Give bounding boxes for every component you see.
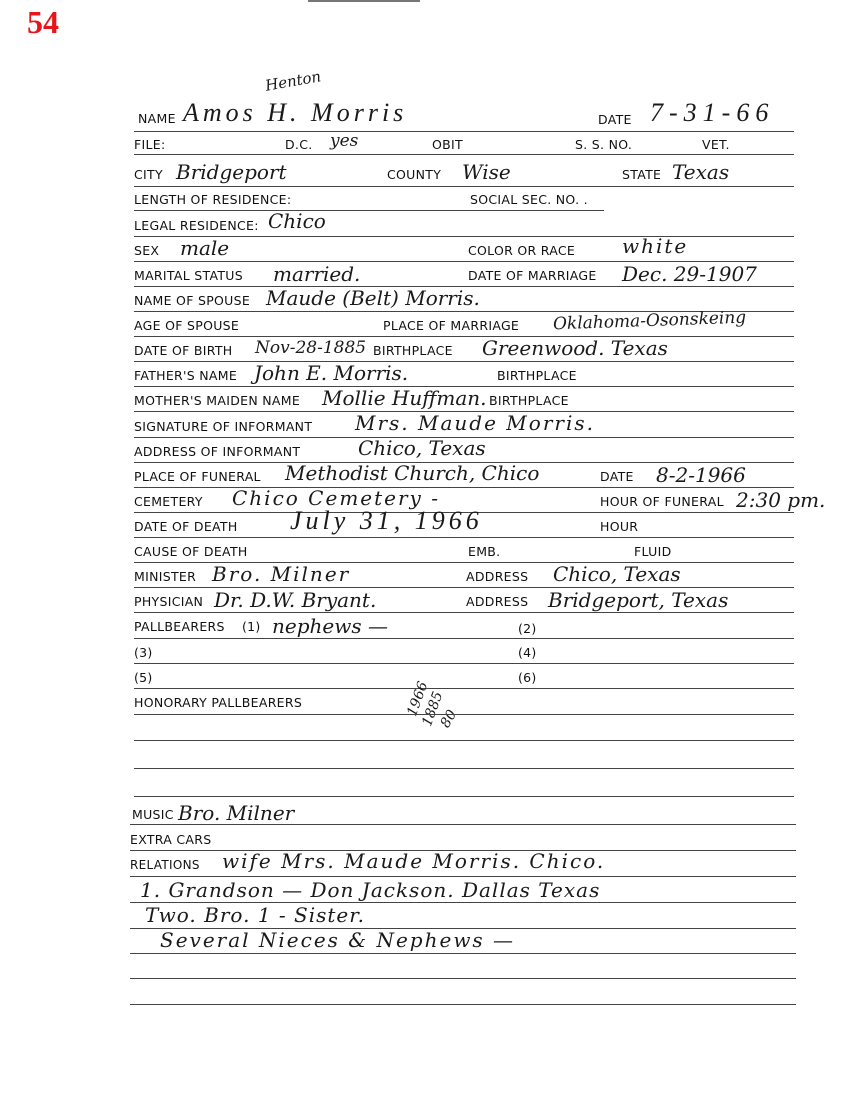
name-of-spouse-label: NAME OF SPOUSE [134, 294, 250, 308]
pallbearer-slot-3: (3) [134, 646, 153, 660]
date-value: 7-31-66 [650, 100, 774, 126]
rule [134, 210, 604, 211]
name-annotation: Henton [264, 69, 322, 94]
relations-line-4: Several Nieces & Nephews — [160, 930, 515, 950]
date-of-marriage-label: DATE OF MARRIAGE [468, 269, 597, 283]
legal-residence-label: LEGAL RESIDENCE: [134, 219, 259, 233]
file-label: FILE: [134, 138, 165, 152]
sex-value: male [180, 238, 229, 258]
address-of-informant-label: ADDRESS OF INFORMANT [134, 445, 300, 459]
place-of-marriage-label: PLACE OF MARRIAGE [383, 319, 519, 333]
ss-no-label: S. S. NO. [575, 138, 632, 152]
pallbearer-slot-5: (5) [134, 671, 153, 685]
cause-of-death-label: CAUSE OF DEATH [134, 545, 248, 559]
honorary-pallbearers-label: HONORARY PALLBEARERS [134, 696, 302, 710]
funeral-date-value: 8-2-1966 [656, 465, 746, 485]
social-sec-no-label: SOCIAL SEC. NO. . [470, 193, 588, 207]
relations-line-1: wife Mrs. Maude Morris. Chico. [222, 851, 605, 871]
county-value: Wise [462, 162, 511, 182]
signature-of-informant-label: SIGNATURE OF INFORMANT [134, 420, 312, 434]
signature-of-informant-value: Mrs. Maude Morris. [355, 413, 595, 433]
top-rule [308, 0, 420, 2]
minister-address-value: Chico, Texas [553, 564, 681, 584]
fluid-label: FLUID [634, 545, 672, 559]
relations-line-2: 1. Grandson — Don Jackson. Dallas Texas [140, 880, 600, 900]
obit-label: OBIT [432, 138, 463, 152]
address-of-informant-value: Chico, Texas [358, 438, 486, 458]
place-of-funeral-value: Methodist Church, Chico [285, 463, 539, 483]
physician-value: Dr. D.W. Bryant. [214, 590, 376, 610]
date-of-birth-value: Nov-28-1885 [255, 340, 366, 357]
name-of-spouse-value: Maude (Belt) Morris. [266, 288, 480, 308]
physician-label: PHYSICIAN [134, 595, 203, 609]
fathers-name-label: FATHER'S NAME [134, 369, 237, 383]
music-value: Bro. Milner [178, 803, 294, 823]
name-value: Amos H. Morris [183, 100, 407, 126]
city-value: Bridgeport [176, 162, 287, 182]
rule [134, 537, 794, 538]
rule [134, 714, 794, 715]
page-number: 54 [27, 4, 59, 41]
physician-address-label: ADDRESS [466, 595, 528, 609]
fathers-birthplace-label: BIRTHPLACE [497, 369, 577, 383]
marital-status-label: MARITAL STATUS [134, 269, 243, 283]
state-value: Texas [672, 162, 729, 182]
birthplace-label: BIRTHPLACE [373, 344, 453, 358]
length-of-residence-label: LENGTH OF RESIDENCE: [134, 193, 291, 207]
hour-of-funeral-value: 2:30 pm. [736, 490, 825, 510]
pallbearer-slot-2: (2) [518, 622, 537, 636]
city-label: CITY [134, 168, 163, 182]
minister-address-label: ADDRESS [466, 570, 528, 584]
rule [134, 236, 794, 237]
rule [134, 131, 794, 132]
honorary-calc-3: 80 [438, 708, 459, 730]
color-or-race-value: white [622, 236, 688, 256]
pallbearer-slot-1: (1) [242, 620, 261, 634]
rule [134, 638, 794, 639]
state-label: STATE [622, 168, 661, 182]
mothers-birthplace-label: BIRTHPLACE [489, 394, 569, 408]
legal-residence-value: Chico [268, 211, 326, 231]
fathers-name-value: John E. Morris. [254, 363, 408, 383]
name-label: NAME [138, 112, 176, 126]
relations-label: RELATIONS [130, 858, 200, 872]
date-label: DATE [598, 113, 632, 127]
rule [134, 154, 794, 155]
rule [134, 663, 794, 664]
music-label: MUSIC [132, 808, 174, 822]
place-of-funeral-label: PLACE OF FUNERAL [134, 470, 261, 484]
minister-value: Bro. Milner [212, 564, 350, 584]
mothers-maiden-name-value: Mollie Huffman. [322, 388, 487, 408]
date-of-death-label: DATE OF DEATH [134, 520, 238, 534]
hour-of-funeral-label: HOUR OF FUNERAL [600, 495, 724, 509]
mothers-maiden-name-label: MOTHER'S MAIDEN NAME [134, 394, 300, 408]
place-of-marriage-value: Oklahoma-Osonskeing [553, 310, 747, 334]
marital-status-value: married. [273, 264, 360, 284]
pallbearer-slot-6: (6) [518, 671, 537, 685]
minister-label: MINISTER [134, 570, 196, 584]
rule [130, 1004, 796, 1005]
rule [134, 336, 794, 337]
physician-address-value: Bridgeport, Texas [548, 590, 728, 610]
rule [134, 186, 794, 187]
dc-label: D.C. [285, 138, 313, 152]
birthplace-value: Greenwood. Texas [482, 338, 668, 358]
rule [134, 740, 794, 741]
county-label: COUNTY [387, 168, 441, 182]
sex-label: SEX [134, 244, 159, 258]
rule [134, 612, 794, 613]
rule [134, 796, 794, 797]
age-of-spouse-label: AGE OF SPOUSE [134, 319, 239, 333]
pallbearers-label: PALLBEARERS [134, 620, 225, 634]
relations-line-3: Two. Bro. 1 - Sister. [145, 905, 365, 925]
vet-label: VET. [702, 138, 730, 152]
pallbearer-1-value: nephews — [272, 616, 388, 636]
dc-value: yes [330, 133, 358, 150]
cemetery-value: Chico Cemetery - [232, 488, 440, 508]
hour-label: HOUR [600, 520, 638, 534]
extra-cars-label: EXTRA CARS [130, 833, 211, 847]
funeral-date-label: DATE [600, 470, 634, 484]
rule [134, 688, 794, 689]
cemetery-label: CEMETERY [134, 495, 203, 509]
date-of-marriage-value: Dec. 29-1907 [622, 264, 757, 284]
emb-label: EMB. [468, 545, 500, 559]
date-of-death-value: July 31, 1966 [290, 508, 483, 534]
rule [134, 361, 794, 362]
rule [130, 978, 796, 979]
color-or-race-label: COLOR OR RACE [468, 244, 575, 258]
date-of-birth-label: DATE OF BIRTH [134, 344, 232, 358]
rule [130, 953, 796, 954]
rule [134, 768, 794, 769]
pallbearer-slot-4: (4) [518, 646, 537, 660]
rule [130, 876, 796, 877]
rule [130, 824, 796, 825]
